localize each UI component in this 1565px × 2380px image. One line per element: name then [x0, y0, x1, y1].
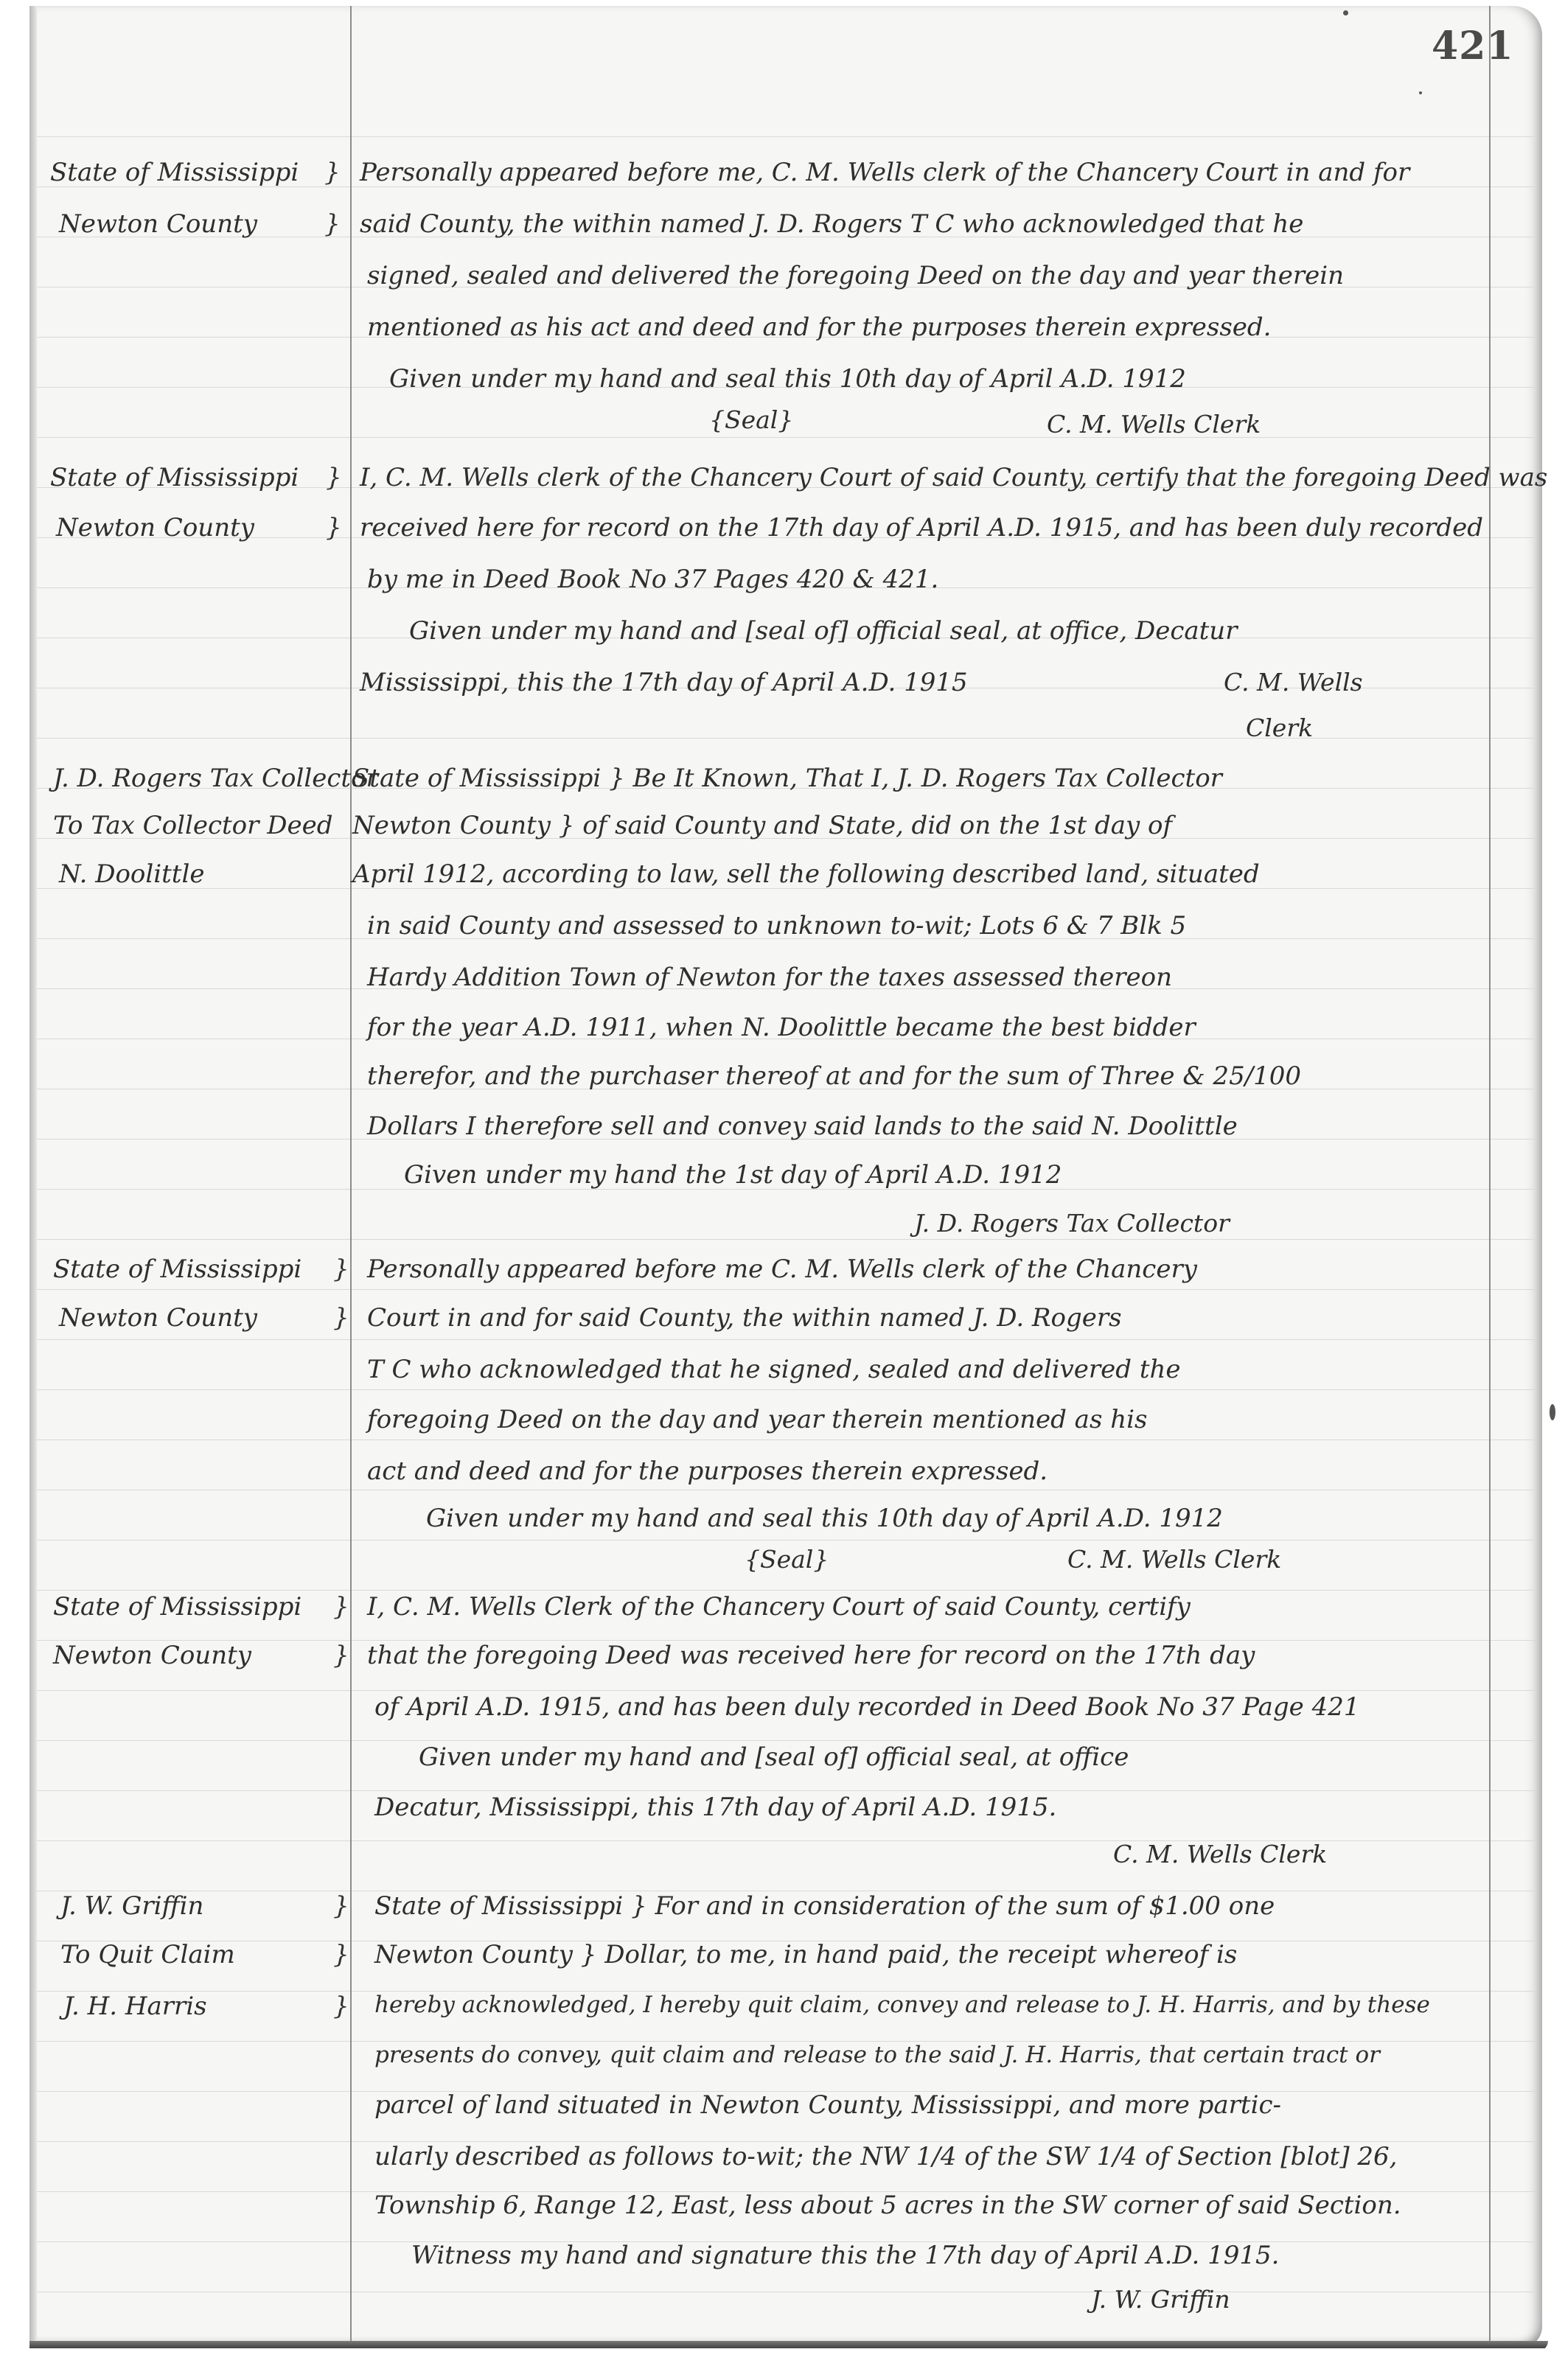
- body-line: Court in and for said County, the within…: [367, 1303, 1122, 1333]
- body-line: Personally appeared before me, C. M. Wel…: [360, 158, 1409, 187]
- ruled-line: [37, 1790, 1537, 1791]
- ruled-line: [37, 1540, 1537, 1540]
- clerk-signature: C. M. Wells: [1224, 668, 1363, 697]
- right-margin-rule: [1489, 6, 1491, 2348]
- clerk-signature: C. M. Wells Clerk: [1047, 410, 1261, 439]
- body-line: Given under my hand the 1st day of April…: [404, 1160, 1062, 1190]
- page-number: 421: [1432, 24, 1514, 69]
- ruled-line: [37, 1339, 1537, 1340]
- brace: }: [324, 209, 341, 239]
- seal-mark: {Seal}: [745, 1545, 829, 1574]
- ink-speck: [1550, 1404, 1555, 1420]
- ruled-line: [37, 1590, 1537, 1591]
- margin-county: Newton County: [56, 513, 254, 542]
- body-line: I, C. M. Wells clerk of the Chancery Cou…: [360, 463, 1547, 492]
- body-line: presents do convey, quit claim and relea…: [374, 2042, 1380, 2068]
- margin-state: State of Mississippi: [53, 1592, 302, 1622]
- margin-state: State of Mississippi: [50, 158, 299, 187]
- body-line: T C who acknowledged that he signed, sea…: [367, 1355, 1181, 1384]
- brace: }: [326, 513, 342, 542]
- brace: }: [333, 1254, 349, 1284]
- clerk-title: Clerk: [1246, 713, 1313, 742]
- body-line: received here for record on the 17th day…: [360, 513, 1483, 542]
- margin-county: Newton County: [59, 1303, 257, 1333]
- body-line: act and deed and for the purposes therei…: [367, 1456, 1048, 1486]
- clerk-signature: C. M. Wells Clerk: [1113, 1840, 1327, 1868]
- body-line: I, C. M. Wells Clerk of the Chancery Cou…: [367, 1592, 1191, 1622]
- grantor-signature: J. W. Griffin: [1091, 2285, 1230, 2314]
- body-line: foregoing Deed on the day and year there…: [367, 1405, 1147, 1434]
- margin-grantor: J. W. Griffin: [60, 1891, 203, 1921]
- body-line: State of Mississippi } Be It Known, That…: [352, 764, 1222, 793]
- body-line: by me in Deed Book No 37 Pages 420 & 421…: [367, 565, 938, 594]
- body-line: that the foregoing Deed was received her…: [367, 1641, 1255, 1670]
- body-line: signed, sealed and delivered the foregoi…: [367, 261, 1344, 290]
- margin-grantor: J. D. Rogers Tax Collector: [53, 764, 378, 793]
- ruled-line: [37, 1389, 1537, 1390]
- body-line: Newton County } Dollar, to me, in hand p…: [374, 1940, 1237, 1969]
- body-line: therefor, and the purchaser thereof at a…: [367, 1061, 1301, 1091]
- left-margin-rule: [350, 6, 352, 2348]
- ruled-line: [37, 1289, 1537, 1290]
- body-line: said County, the within named J. D. Roge…: [360, 209, 1303, 239]
- brace: }: [333, 1940, 349, 1969]
- ink-speck: [1419, 91, 1422, 94]
- body-line: Decatur, Mississippi, this 17th day of A…: [374, 1793, 1056, 1822]
- tax-collector-signature: J. D. Rogers Tax Collector: [914, 1209, 1230, 1238]
- brace: }: [333, 1592, 349, 1622]
- body-line: State of Mississippi } For and in consid…: [374, 1891, 1275, 1921]
- body-line: of April A.D. 1915, and has been duly re…: [374, 1692, 1359, 1722]
- scan-background: [0, 2348, 1565, 2380]
- body-line: for the year A.D. 1911, when N. Doolittl…: [367, 1013, 1196, 1042]
- brace: }: [333, 1891, 349, 1921]
- body-line: Given under my hand and seal this 10th d…: [389, 364, 1186, 394]
- margin-state: State of Mississippi: [50, 463, 299, 492]
- brace: }: [333, 1641, 349, 1670]
- ruled-line: [37, 1239, 1537, 1240]
- margin-deed-type: To Quit Claim: [60, 1940, 235, 1969]
- brace: }: [326, 463, 342, 492]
- body-line: parcel of land situated in Newton County…: [374, 2090, 1281, 2120]
- margin-state: State of Mississippi: [53, 1254, 302, 1284]
- body-line: Mississippi, this the 17th day of April …: [360, 668, 968, 697]
- brace: }: [333, 1303, 349, 1333]
- brace: }: [324, 158, 341, 187]
- body-line: mentioned as his act and deed and for th…: [367, 313, 1272, 342]
- body-line: Newton County } of said County and State…: [352, 811, 1172, 840]
- body-line: Witness my hand and signature this the 1…: [411, 2241, 1279, 2270]
- clerk-signature: C. M. Wells Clerk: [1067, 1545, 1281, 1574]
- seal-mark: {Seal}: [709, 405, 793, 434]
- ruled-line: [37, 136, 1537, 137]
- body-line: in said County and assessed to unknown t…: [367, 911, 1186, 941]
- page-binding-edge: [29, 6, 37, 2348]
- ruled-line: [37, 1439, 1537, 1440]
- body-line: Township 6, Range 12, East, less about 5…: [374, 2191, 1401, 2220]
- brace: }: [333, 1992, 349, 2021]
- body-line: Dollars I therefore sell and convey said…: [367, 1112, 1238, 1141]
- margin-county: Newton County: [53, 1641, 251, 1670]
- ink-speck: [1343, 10, 1348, 15]
- body-line: hereby acknowledged, I hereby quit claim…: [374, 1992, 1430, 2018]
- body-line: Personally appeared before me C. M. Well…: [367, 1254, 1197, 1284]
- ruled-line: [37, 1690, 1537, 1691]
- body-line: Given under my hand and seal this 10th d…: [426, 1504, 1223, 1533]
- body-line: Given under my hand and [seal of] offici…: [419, 1742, 1129, 1772]
- ruled-line: [37, 1490, 1537, 1490]
- margin-county: Newton County: [59, 209, 257, 239]
- body-line: Hardy Addition Town of Newton for the ta…: [367, 963, 1172, 992]
- margin-grantee: J. H. Harris: [63, 1992, 207, 2021]
- body-line: Given under my hand and [seal of] offici…: [409, 616, 1237, 646]
- body-line: April 1912, according to law, sell the f…: [352, 859, 1260, 889]
- ruled-line: [37, 437, 1537, 438]
- margin-grantee: N. Doolittle: [59, 859, 204, 889]
- body-line: ularly described as follows to-wit; the …: [374, 2142, 1397, 2171]
- margin-deed-type: To Tax Collector Deed: [53, 811, 332, 840]
- ruled-line: [37, 1740, 1537, 1741]
- ruled-line: [37, 2292, 1537, 2292]
